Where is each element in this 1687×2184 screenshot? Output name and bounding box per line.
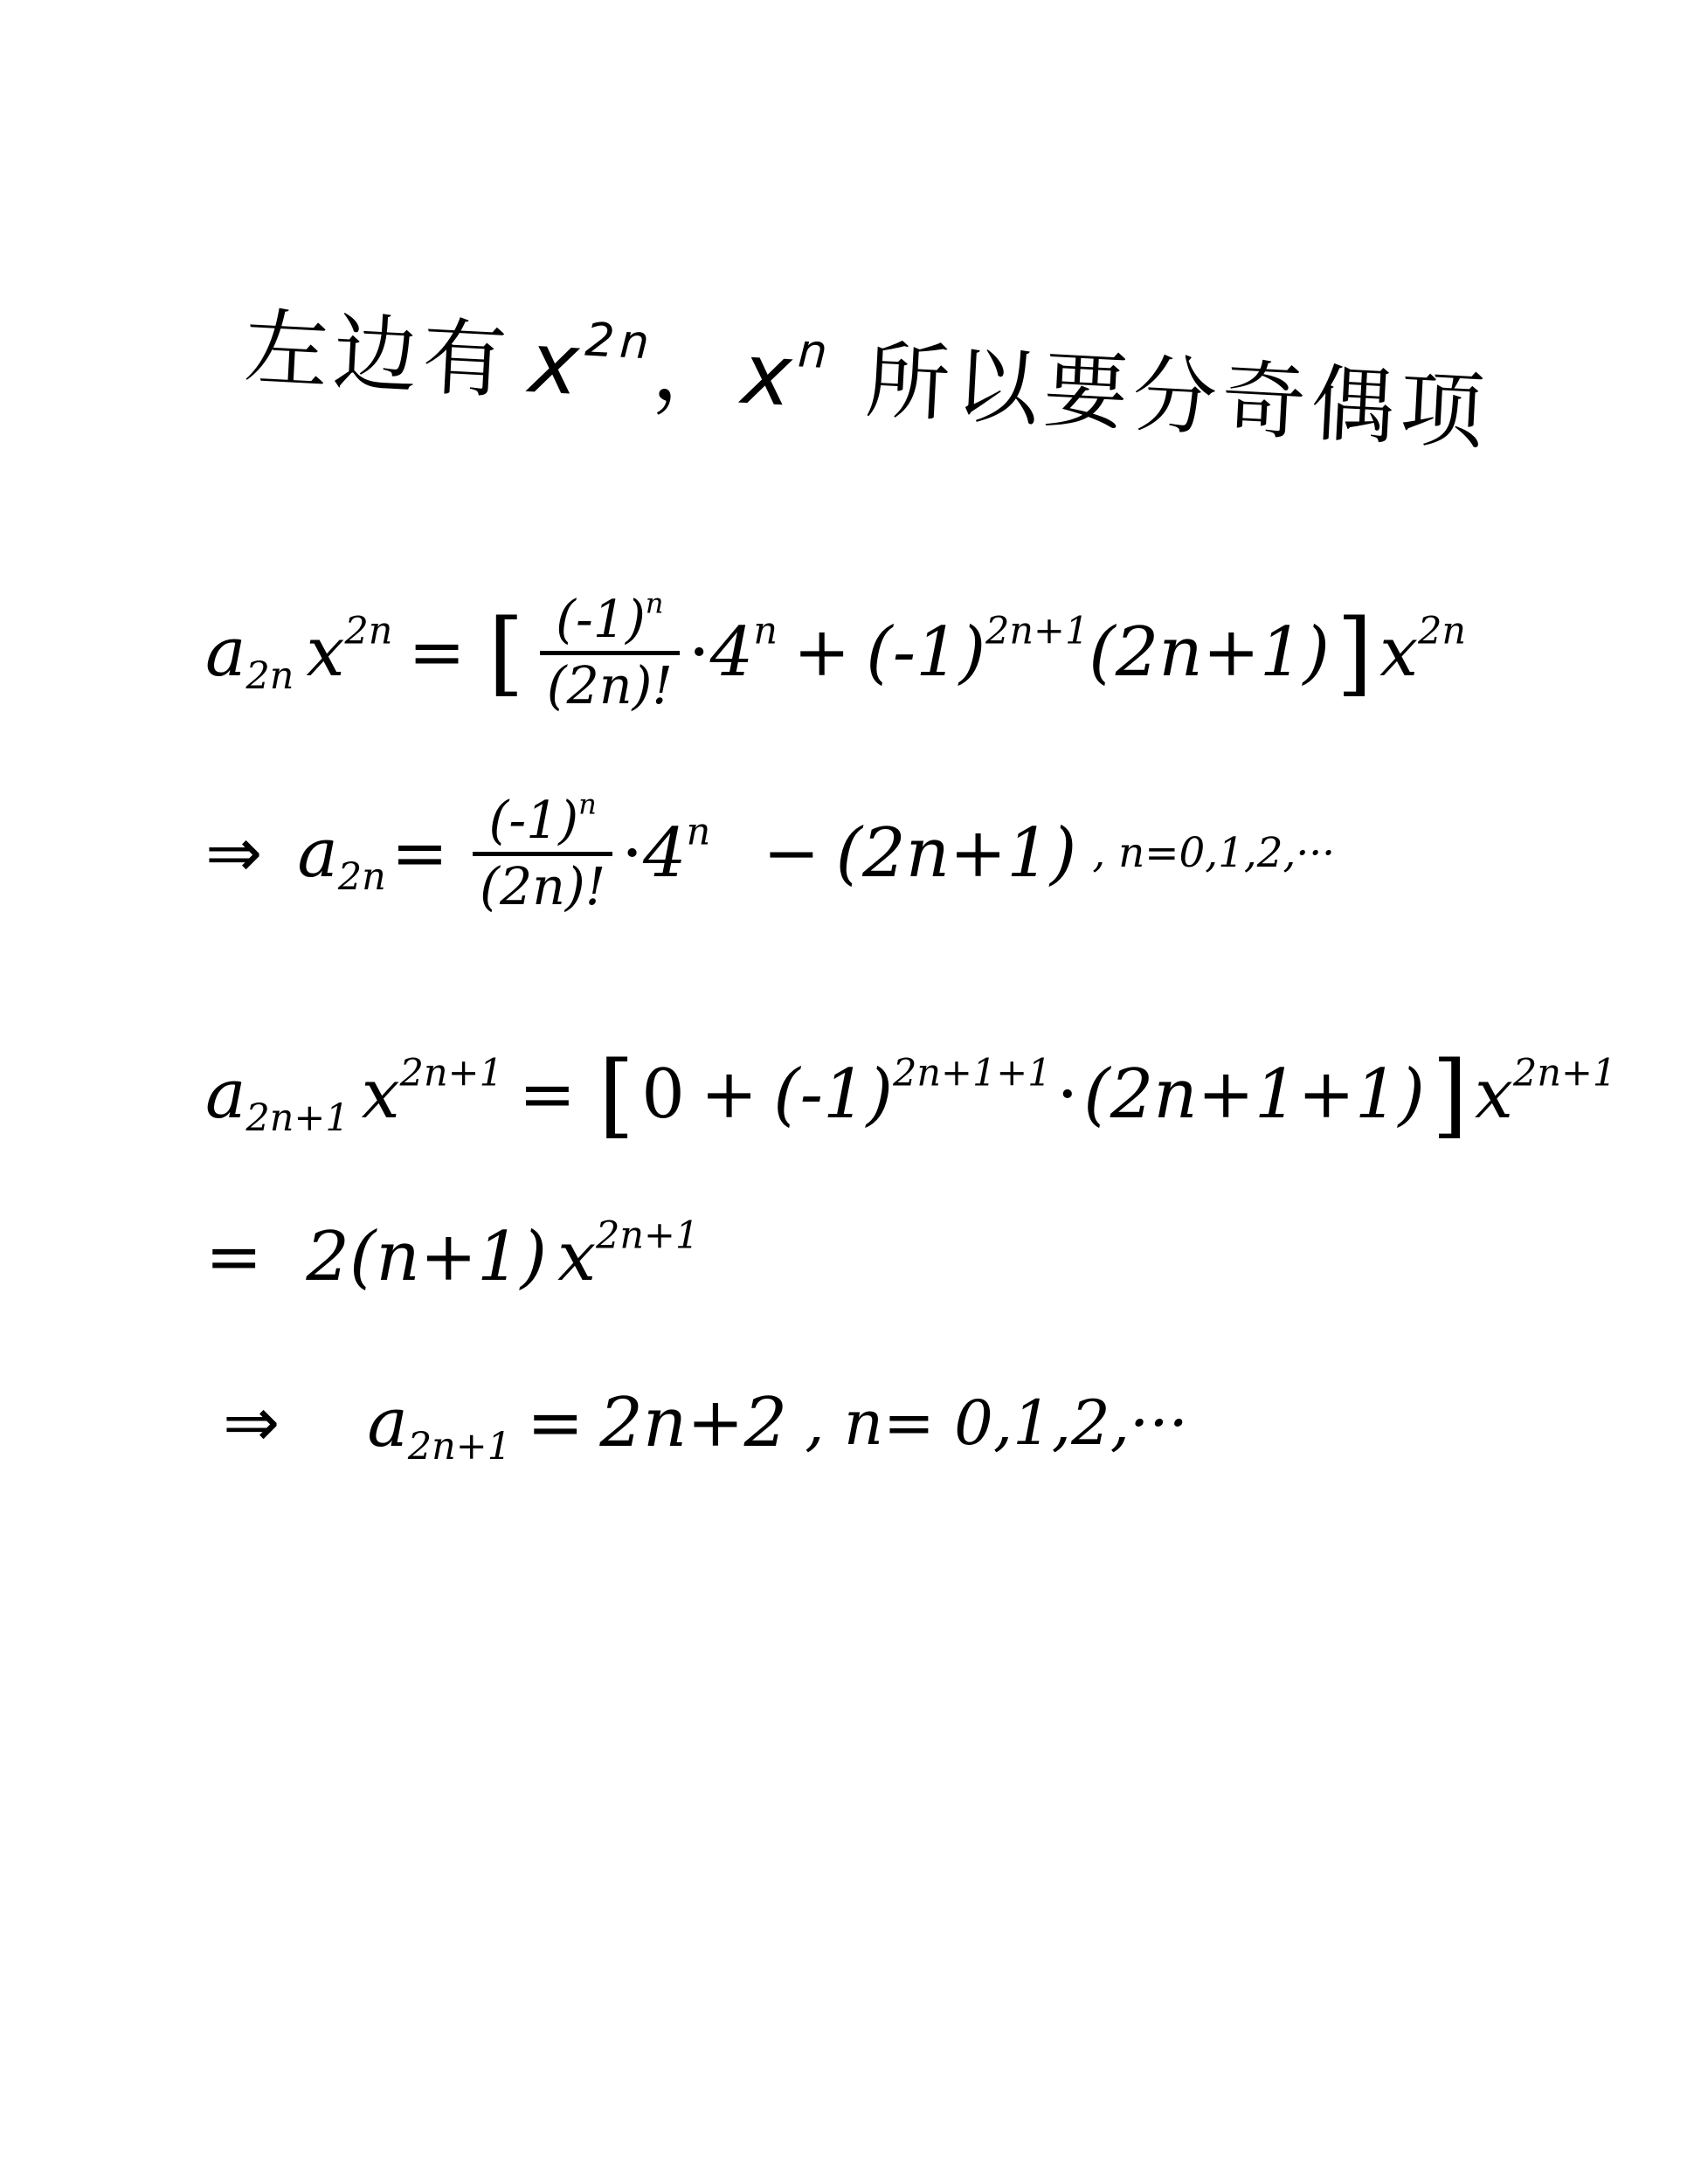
sign-exp: 2n+1 [985,610,1089,653]
factor-term: (2n+1) [836,819,1077,888]
power-base: 4 [710,613,754,692]
close-bracket: ] [1432,1048,1468,1140]
heading-text-before: 左边有 [242,306,514,404]
fraction: (-1)n (2n)! [540,594,680,711]
equation-odd-simplified: = 2(n+1) x2n+1 [205,1223,699,1291]
heading-var1-base: x [527,314,587,414]
equals-sign: = [527,1389,584,1457]
coef-a2n1: a2n+1 [205,1061,349,1129]
equation-a2n-result: ⇒ a2n = (-1)n (2n)! · 4n − (2n+1) , n=0,… [205,795,1335,912]
dot-operator: · [688,619,710,687]
heading-var1: x2n [527,321,655,411]
power-exp: n [753,610,778,653]
rhs-var-x: x2n [1379,619,1466,687]
num-base: (-1) [489,791,579,850]
coef-base: a [297,814,338,893]
minus-sign: − [763,819,819,888]
num-exp: n [578,788,597,821]
coef-base: a [367,1384,408,1462]
var-base: x [362,1055,400,1134]
expr-term: 2(n+1) [306,1223,547,1291]
heading-text-after: 所以要分奇偶项 [864,338,1491,454]
power-term: 4n [710,619,778,687]
index-condition: , n= 0,1,2,··· [805,1393,1188,1454]
open-bracket: [ [598,1048,634,1140]
num-exp: n [646,587,664,620]
implies-arrow-icon: ⇒ [205,819,262,888]
equals-sign: = [519,1061,576,1129]
rhs-var-exp: 2n [1418,610,1466,653]
equation-odd-terms: a2n+1 x2n+1 = [ 0 + (-1)2n+1+1 · (2n+1+1… [205,1048,1616,1140]
sign-term: (-1)2n+1+1 [773,1061,1051,1129]
rhs-var-base: x [1379,613,1418,692]
num-base: (-1) [556,590,646,649]
heading-comma: ， [651,328,744,416]
var-base: x [306,613,344,692]
sign-exp: 2n+1+1 [893,1051,1051,1095]
equals-sign: = [408,619,465,687]
coef-a2n: a2n [297,819,385,888]
fraction-denominator: (2n)! [473,852,612,913]
coef-sub: 2n+1 [408,1425,511,1469]
factor-term: (2n+1) [1089,619,1330,687]
dot-operator: · [621,819,643,888]
var-x: x2n [306,619,392,687]
heading-var2-exp: n [797,324,834,379]
fraction: (-1)n (2n)! [473,795,612,912]
fraction-numerator: (-1)n [549,594,670,651]
coef-base: a [205,613,246,692]
equals-sign: = [205,1223,262,1291]
dot-operator: · [1056,1061,1078,1129]
index-condition: , n=0,1,2,··· [1092,833,1335,874]
power-term: 4n [643,819,710,888]
equals-sign: = [391,819,448,888]
rhs-term: 2n+2 [599,1389,787,1457]
sign-base: (-1) [866,613,985,692]
zero-term: 0 [641,1061,685,1129]
var-exp: 2n [344,610,392,653]
var-x: x2n+1 [557,1223,699,1291]
coef-a2n: a2n [205,619,294,687]
power-exp: n [687,811,711,854]
rhs-var-base: x [1475,1055,1513,1134]
close-bracket: ] [1337,606,1372,698]
factor-term: (2n+1+1) [1083,1061,1425,1129]
heading-var2: xn [740,332,833,420]
power-base: 4 [643,814,687,893]
handwritten-note-page: 左边有 x2n ， xn 所以要分奇偶项 a2n x2n = [ (-1)n (… [0,0,1687,2184]
var-x: x2n+1 [362,1061,503,1129]
coef-sub: 2n [246,654,294,698]
var-base: x [557,1218,596,1296]
implies-arrow-icon: ⇒ [223,1389,280,1457]
plus-sign: + [701,1061,757,1129]
heading-var2-base: x [739,325,799,425]
note-heading: 左边有 x2n ， xn 所以要分奇偶项 [242,306,1490,455]
rhs-var-x: x2n+1 [1475,1061,1616,1129]
plus-sign: + [793,619,850,687]
heading-var1-exp: 2n [584,314,655,370]
open-bracket: [ [488,606,524,698]
equation-even-terms: a2n x2n = [ (-1)n (2n)! · 4n + (-1)2n+1 … [205,594,1466,711]
coef-sub: 2n+1 [246,1096,349,1140]
sign-base: (-1) [773,1055,893,1134]
var-exp: 2n+1 [596,1214,699,1258]
coef-a2n1: a2n+1 [367,1389,511,1457]
sign-term: (-1)2n+1 [866,619,1089,687]
fraction-numerator: (-1)n [482,795,604,852]
equation-a2n1-result: ⇒ a2n+1 = 2n+2 , n= 0,1,2,··· [223,1389,1188,1457]
fraction-denominator: (2n)! [540,651,680,712]
rhs-var-exp: 2n+1 [1513,1051,1616,1095]
coef-base: a [205,1055,246,1134]
var-exp: 2n+1 [400,1051,503,1095]
coef-sub: 2n [338,855,386,899]
